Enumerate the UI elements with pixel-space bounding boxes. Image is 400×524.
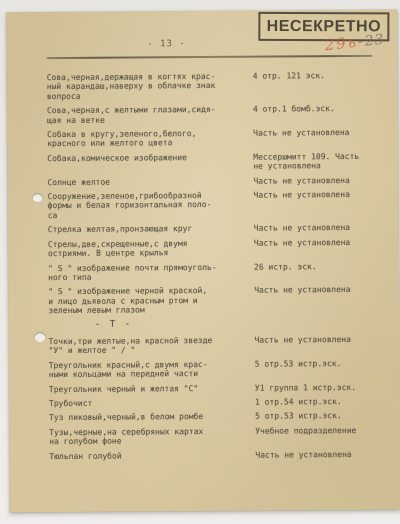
table-row: " S " изображение черной краской, и лицо… bbox=[48, 285, 384, 316]
emblem-description: Сооружение,зеленое,грибообразной формы и… bbox=[48, 191, 254, 221]
unit-assignment: Часть не установлена bbox=[254, 237, 384, 257]
table-row: Трубочист1 отр.54 истр.эск. bbox=[49, 397, 385, 409]
table-row: Точки,три желтые,на красной звезде "У" и… bbox=[49, 335, 385, 356]
punch-hole bbox=[34, 332, 45, 342]
emblem-description: Собака,комическое изображение bbox=[47, 152, 253, 172]
emblem-description: Солнце желтое bbox=[47, 176, 253, 187]
scan-background: НЕСЕКРЕТНО 29ь-23 - 13 - Сова,черная,дер… bbox=[0, 0, 400, 524]
emblem-description: Тюльпан голубой bbox=[49, 450, 255, 461]
unit-assignment: 5 отр.53 истр.эск. bbox=[255, 358, 385, 378]
table-row: Туз пиковый,черный,в белом ромбе5 отр.53… bbox=[49, 411, 385, 423]
unit-assignment: Часть не установлена bbox=[255, 449, 385, 459]
table-row: Тюльпан голубойЧасть не установлена bbox=[49, 449, 385, 461]
unit-assignment: Часть не установлена bbox=[254, 285, 384, 314]
unit-assignment: Мессершмитт 109. Часть не установлена bbox=[253, 152, 383, 172]
emblem-description: Стрелка желтая,пронзающая круг bbox=[48, 224, 254, 235]
table-row: Треугольник черный и желтая "С"У1 группа… bbox=[49, 382, 385, 394]
emblem-description: Стрелы,две,скрещенные,с двумя остриями. … bbox=[48, 238, 254, 258]
unit-assignment: Часть не установлена bbox=[253, 128, 383, 148]
emblem-description: Собака в кругу,зеленого,белого, красного… bbox=[47, 129, 253, 149]
unit-assignment: 26 истр. эск. bbox=[254, 261, 384, 281]
table-row: " S " изображение почти прямоуголь- ного… bbox=[48, 261, 384, 282]
table-row: Треугольник красный,с двумя крас- ными к… bbox=[49, 358, 385, 379]
emblem-description: " S " изображение почти прямоуголь- ного… bbox=[48, 262, 254, 282]
unit-assignment: Часть не установлена bbox=[254, 190, 384, 219]
emblem-description: Сова,черная,держащая в когтях крас- ный … bbox=[47, 72, 253, 102]
table-row: Стрелы,две,скрещенные,с двумя остриями. … bbox=[48, 237, 384, 258]
unit-assignment: Часть не установлена bbox=[254, 223, 384, 233]
header-divider bbox=[47, 55, 373, 59]
emblem-description: Сова,черная,с желтыми глазами,сидя- щая … bbox=[47, 105, 253, 125]
section-letter-header: - Т - bbox=[48, 320, 178, 330]
emblem-description: " S " изображение черной краской, и лицо… bbox=[48, 286, 254, 316]
unit-assignment: 4 отр.1 бомб.эск. bbox=[253, 104, 383, 124]
page-number: - 13 - bbox=[6, 38, 326, 50]
table-row: Тузы,черные,на серебряных картах на голу… bbox=[49, 426, 385, 447]
unit-assignment: Часть не установлена bbox=[253, 175, 383, 185]
table-row: Собака в кругу,зеленого,белого, красного… bbox=[47, 128, 383, 149]
unit-assignment: 1 отр.54 истр.эск. bbox=[255, 397, 385, 407]
emblem-description: Трубочист bbox=[49, 398, 255, 409]
emblem-description: Точки,три желтые,на красной звезде "У" и… bbox=[49, 336, 255, 356]
unit-assignment: Учебное подразделение bbox=[255, 426, 385, 446]
table-row: Сова,черная,держащая в когтях крас- ный … bbox=[47, 71, 383, 102]
unit-assignment: 4 отр. 121 эск. bbox=[253, 71, 383, 100]
emblem-description: Тузы,черные,на серебряных картах на голу… bbox=[49, 426, 255, 446]
table-row: Солнце желтоеЧасть не установлена bbox=[47, 175, 383, 187]
emblem-description: Треугольник черный и желтая "С" bbox=[49, 383, 255, 394]
unit-assignment: 5 отр.53 истр.эск. bbox=[255, 411, 385, 421]
emblem-description: Треугольник красный,с двумя крас- ными к… bbox=[49, 359, 255, 379]
unit-assignment: Часть не установлена bbox=[255, 335, 385, 355]
unit-assignment: У1 группа 1 истр.эск. bbox=[255, 382, 385, 392]
table-row: Стрелка желтая,пронзающая кругЧасть не у… bbox=[48, 223, 384, 235]
table-row: Сова,черная,с желтыми глазами,сидя- щая … bbox=[47, 104, 383, 125]
entry-list: Сова,черная,держащая в когтях крас- ный … bbox=[47, 71, 386, 466]
table-row: Сооружение,зеленое,грибообразной формы и… bbox=[48, 190, 384, 221]
document-page: НЕСЕКРЕТНО 29ь-23 - 13 - Сова,черная,дер… bbox=[6, 10, 400, 513]
punch-hole bbox=[33, 193, 43, 202]
emblem-description: Туз пиковый,черный,в белом ромбе bbox=[49, 412, 255, 423]
table-row: Собака,комическое изображениеМессершмитт… bbox=[47, 152, 383, 173]
gray-pencil-mark: 23 bbox=[364, 32, 385, 50]
red-pencil-mark: 29ь- bbox=[324, 32, 366, 54]
